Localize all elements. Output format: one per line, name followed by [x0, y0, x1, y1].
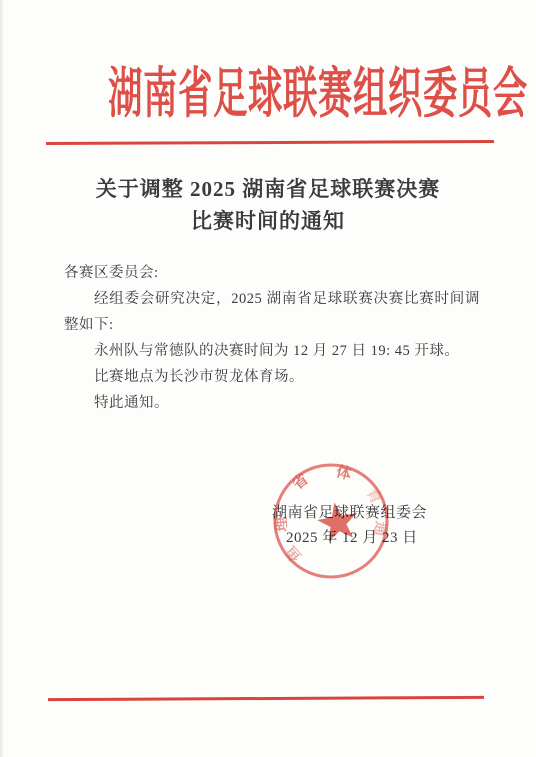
- notice-title-line-1: 关于调整 2025 湖南省足球联赛决赛: [0, 173, 536, 205]
- body-paragraph: 特此通知。: [64, 390, 480, 416]
- seal-arc-char: 通: [370, 520, 390, 538]
- letterhead-divider: [46, 140, 494, 145]
- document-page: 湖南省足球联赛组织委员会 关于调整 2025 湖南省足球联赛决赛 比赛时间的通知…: [0, 0, 536, 757]
- letterhead-title: 湖南省足球联赛组织委员会: [108, 66, 528, 125]
- seal-star-icon: [315, 499, 361, 543]
- body-paragraph: 永州队与常德队的决赛时间为 12 月 27 日 19: 45 开球。: [64, 338, 480, 364]
- seal-arc-char: 育: [363, 485, 386, 507]
- official-seal: 鱼 理 省 体 育 通: [259, 449, 403, 593]
- notice-title: 关于调整 2025 湖南省足球联赛决赛 比赛时间的通知: [0, 173, 536, 237]
- seal-arc-char: 鱼: [282, 542, 305, 565]
- letterhead: 湖南省足球联赛组织委员会: [0, 66, 536, 122]
- body-paragraph: 比赛地点为长沙市贺龙体育场。: [64, 364, 480, 390]
- footer-divider: [48, 696, 484, 701]
- salutation: 各赛区委员会:: [64, 260, 480, 286]
- seal-arc-char: 省: [289, 471, 311, 494]
- notice-title-line-2: 比赛时间的通知: [0, 205, 536, 237]
- body-paragraph: 经组委会研究决定，2025 湖南省足球联赛决赛比赛时间调整如下:: [64, 286, 480, 338]
- seal-arc-char: 理: [273, 515, 291, 532]
- seal-arc-char: 体: [334, 462, 353, 483]
- notice-body: 各赛区委员会: 经组委会研究决定，2025 湖南省足球联赛决赛比赛时间调整如下:…: [64, 260, 480, 416]
